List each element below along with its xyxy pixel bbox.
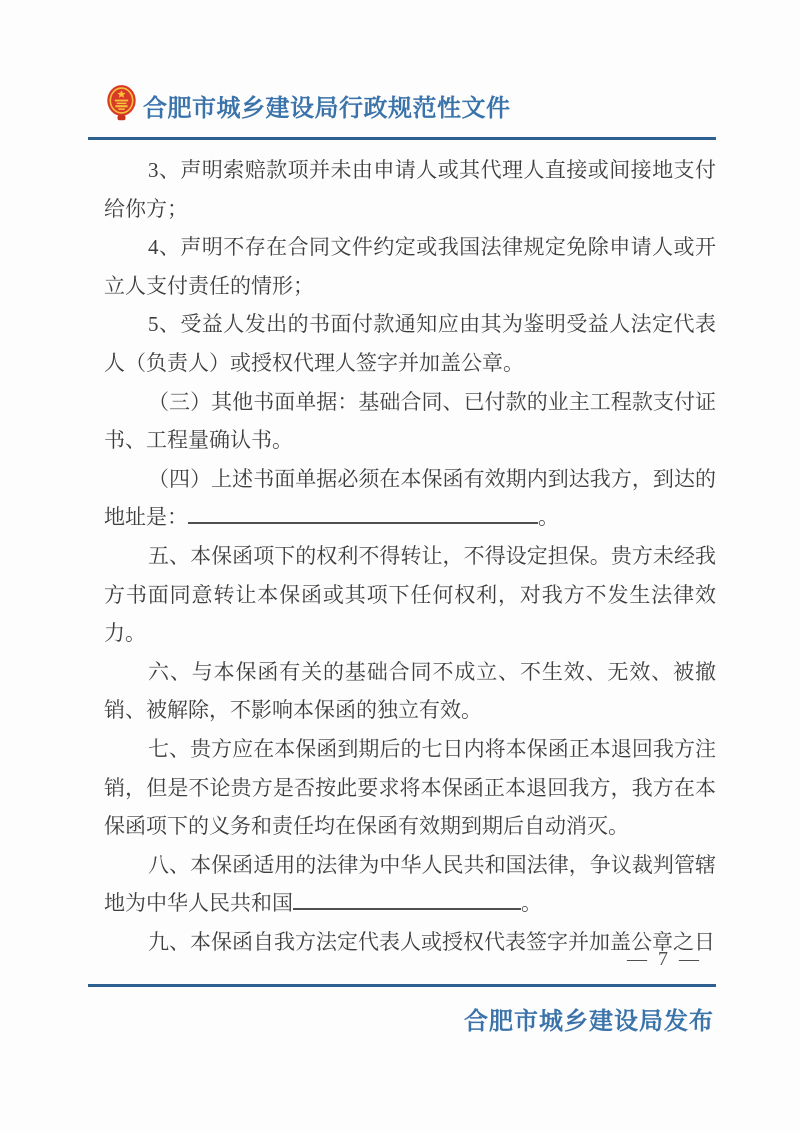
paragraph: 六、与本保函有关的基础合同不成立、不生效、无效、被撤销、被解除，不影响本保函的独…: [104, 653, 716, 730]
paragraph-text: 。: [521, 891, 542, 915]
paragraph: 七、贵方应在本保函到期后的七日内将本保函正本退回我方注销，但是不论贵方是否按此要…: [104, 730, 716, 846]
masthead-title: 合肥市城乡建设局行政规范性文件: [143, 88, 511, 123]
paragraph-text: 六、与本保函有关的基础合同不成立、不生效、无效、被撤销、被解除，不影响本保函的独…: [104, 660, 716, 723]
fill-in-blank: [188, 501, 538, 524]
footer-rule: [88, 984, 716, 987]
masthead: 合肥市城乡建设局行政规范性文件: [106, 86, 511, 124]
paragraph: 八、本保函适用的法律为中华人民共和国法律，争议裁判管辖地为中华人民共和国。: [104, 846, 716, 923]
paragraph-text: 3、声明索赔款项并未由申请人或其代理人直接或间接地支付给你方；: [104, 158, 716, 221]
publisher-label: 合肥市城乡建设局发布: [464, 1001, 714, 1036]
page-number: — 7 —: [627, 948, 702, 971]
paragraph-text: 5、受益人发出的书面付款通知应由其为鉴明受益人法定代表人（负责人）或授权代理人签…: [104, 312, 716, 375]
paragraph: 五、本保函项下的权利不得转让，不得设定担保。贵方未经我方书面同意转让本保函或其项…: [104, 537, 716, 653]
paragraph-text: 七、贵方应在本保函到期后的七日内将本保函正本退回我方注销，但是不论贵方是否按此要…: [104, 737, 716, 838]
paragraph-text: 4、声明不存在合同文件约定或我国法律规定免除申请人或开立人支付责任的情形；: [104, 235, 716, 298]
paragraph: 4、声明不存在合同文件约定或我国法律规定免除申请人或开立人支付责任的情形；: [104, 228, 716, 305]
china-national-emblem-icon: [106, 84, 137, 126]
paragraph-text: （三）其他书面单据：基础合同、已付款的业主工程款支付证书、工程量确认书。: [104, 390, 716, 453]
fill-in-blank: [293, 887, 521, 910]
paragraph: 九、本保函自我方法定代表人或授权代表签字并加盖公章之日: [104, 923, 716, 962]
paragraph: （四）上述书面单据必须在本保函有效期内到达我方，到达的地址是：。: [104, 460, 716, 537]
paragraph: 3、声明索赔款项并未由申请人或其代理人直接或间接地支付给你方；: [104, 151, 716, 228]
paragraph-text: 。: [538, 505, 559, 529]
document-page: 合肥市城乡建设局行政规范性文件 3、声明索赔款项并未由申请人或其代理人直接或间接…: [0, 0, 800, 1132]
paragraph-text: 五、本保函项下的权利不得转让，不得设定担保。贵方未经我方书面同意转让本保函或其项…: [104, 544, 716, 645]
paragraph: 5、受益人发出的书面付款通知应由其为鉴明受益人法定代表人（负责人）或授权代理人签…: [104, 305, 716, 382]
paragraph: （三）其他书面单据：基础合同、已付款的业主工程款支付证书、工程量确认书。: [104, 383, 716, 460]
header-rule: [88, 137, 716, 140]
document-body: 3、声明索赔款项并未由申请人或其代理人直接或间接地支付给你方；4、声明不存在合同…: [104, 151, 716, 961]
